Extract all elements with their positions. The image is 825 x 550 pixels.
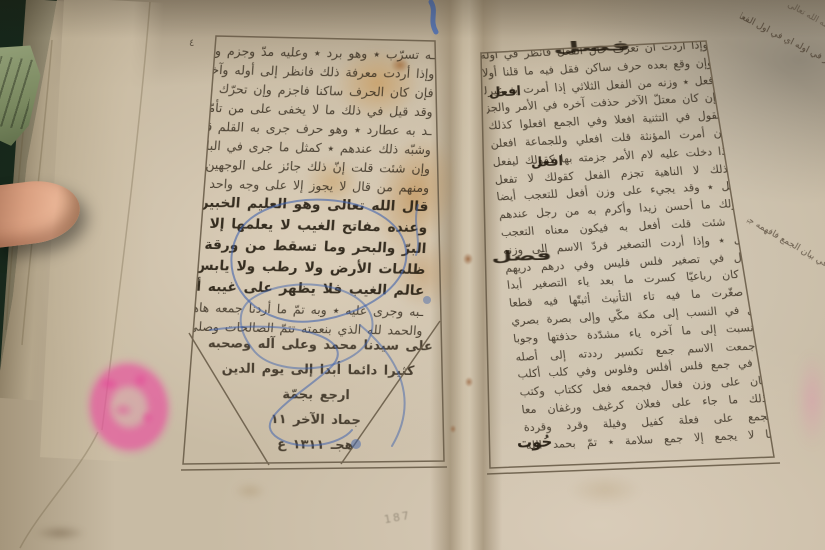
manuscript-photo: ـه تسرّب ٭ وهو برد ٭ وعليه مدّ وجزم وهمز… — [0, 0, 825, 550]
text-frame-borders — [181, 36, 780, 474]
scrap-print-marks — [0, 56, 34, 130]
blue-pen-scribbles — [210, 200, 431, 449]
ruled-borders-overlay — [0, 0, 825, 550]
pink-smudge — [792, 340, 825, 460]
blue-ribbon-marker — [431, 2, 436, 32]
pink-stamp-mottling — [95, 365, 165, 440]
